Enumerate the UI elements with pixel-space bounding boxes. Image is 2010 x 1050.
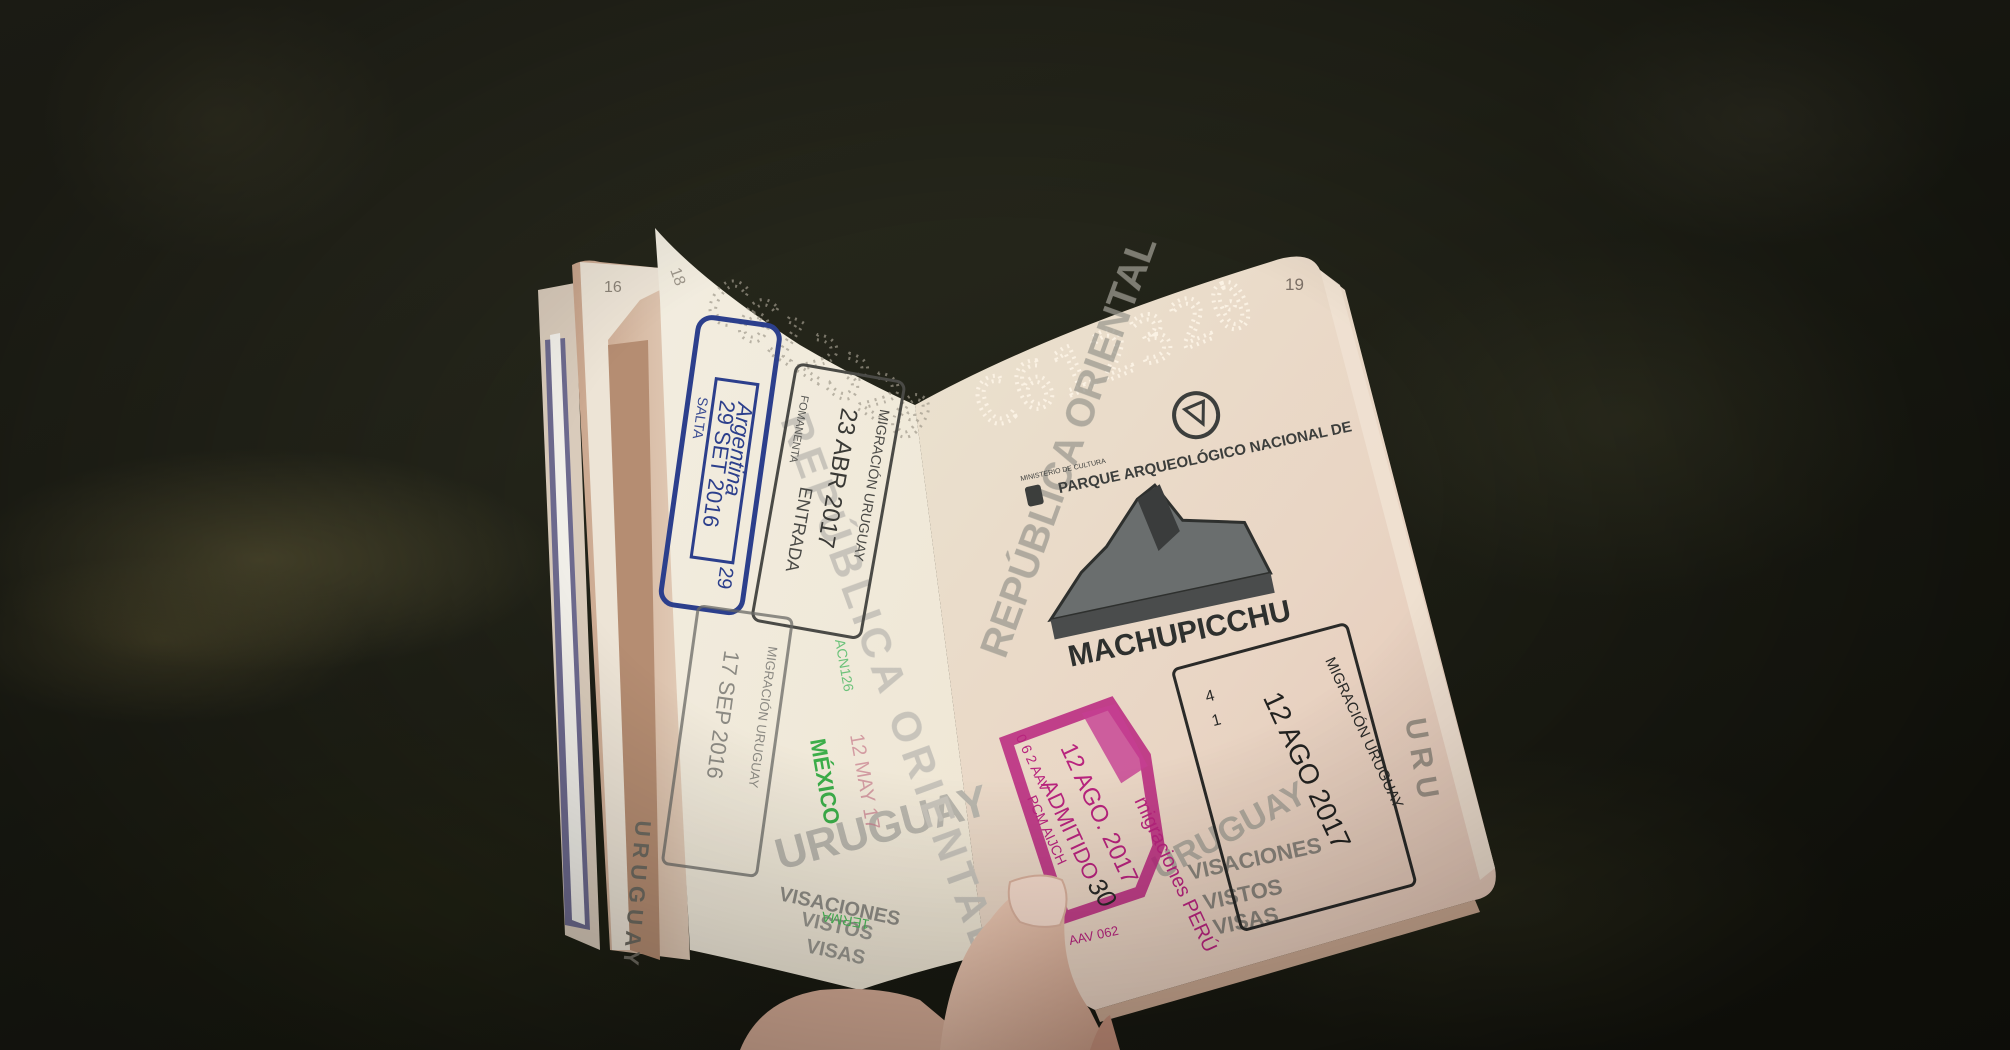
photo-scene: 16 18 19 C612320 C612320 REPÚBLICA ORIEN… — [0, 0, 2010, 1050]
svg-text:29: 29 — [712, 565, 737, 590]
page-number-16: 16 — [604, 279, 622, 296]
page-number-19: 19 — [1285, 275, 1304, 294]
passport-photo: 16 18 19 C612320 C612320 REPÚBLICA ORIEN… — [0, 0, 2010, 1050]
